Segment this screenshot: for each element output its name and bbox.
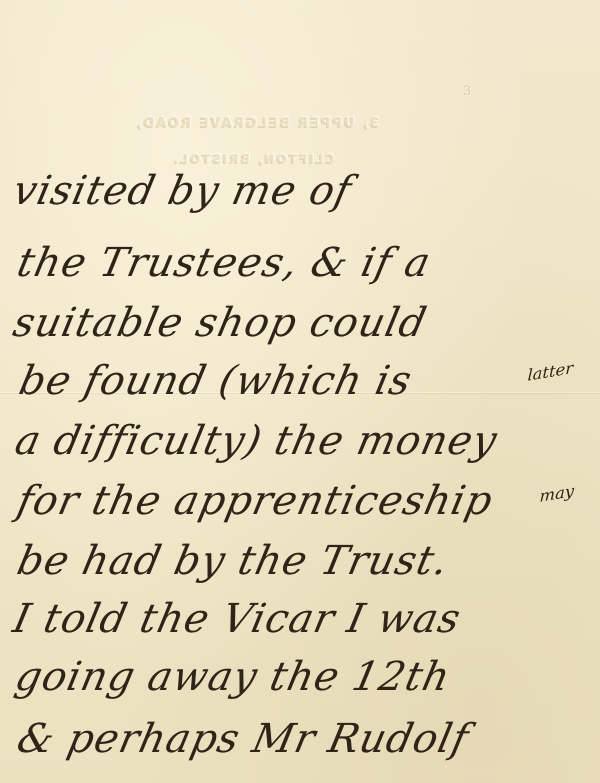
handwritten-line-6: for the apprenticeship (13, 478, 497, 524)
handwritten-line-5: a difficulty) the money (11, 418, 501, 464)
interlinear-word-latter: latter (527, 358, 573, 384)
handwritten-line-10: & perhaps Mr Rudolf (13, 716, 473, 762)
embossed-letterhead-city: CLIFTON, BRISTOL. (128, 152, 378, 166)
handwritten-line-8: I told the Vicar I was (9, 596, 465, 642)
handwritten-line-2: the Trustees, & if a (13, 240, 435, 286)
letter-page: 3 3, UPPER BELGRAVE ROAD, CLIFTON, BRIST… (0, 0, 600, 783)
handwritten-line-1: visited by me of (9, 168, 356, 214)
interlinear-word-may: may (539, 481, 574, 506)
embossed-letterhead-address: 3, UPPER BELGRAVE ROAD, (92, 116, 422, 131)
handwritten-line-7: be had by the Trust. (13, 538, 453, 584)
handwritten-line-9: going away the 12th (11, 654, 455, 700)
handwritten-line-3: suitable shop could (9, 300, 431, 346)
page-number: 3 (463, 84, 471, 99)
handwritten-line-4: be found (which is (15, 358, 416, 404)
